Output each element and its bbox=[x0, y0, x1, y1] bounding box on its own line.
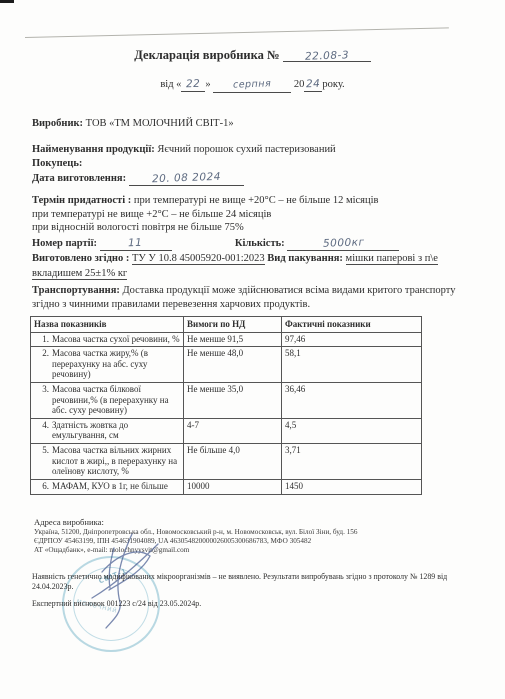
product-label: Найменування продукції: bbox=[32, 144, 155, 155]
table-row: 3.Масова частка білкової речовини,% (в п… bbox=[31, 383, 422, 419]
date-month-handwritten: серпня bbox=[233, 78, 272, 90]
made-date-blank: 20. 08 2024 bbox=[129, 172, 244, 186]
row-name: Масова частка жиру,% (в перерахунку на а… bbox=[52, 348, 180, 380]
row-name: Здатність жовтка до емульгування, см bbox=[52, 420, 180, 441]
address-label: Адреса виробника: bbox=[34, 517, 104, 527]
batch-blank: 11 bbox=[100, 237, 172, 251]
shelf-life-line1: Термін придатності : при температурі не … bbox=[32, 194, 477, 208]
cell-name: 1.Масова частка сухої речовини, % bbox=[31, 332, 184, 347]
quantity-blank: 5000кг bbox=[287, 237, 399, 251]
date-day-handwritten: 22 bbox=[186, 78, 201, 90]
title-label: Декларація виробника № bbox=[134, 48, 279, 62]
shelf-life-text1: при температурі не вище +20°С – не більш… bbox=[134, 195, 379, 206]
row-number: 5. bbox=[34, 445, 52, 477]
row-name: Масова частка вільних жирних кислот в жи… bbox=[52, 445, 180, 477]
packaging-label: Вид пакування: bbox=[267, 253, 343, 264]
cell-requirement: 10000 bbox=[184, 479, 282, 494]
quantity-handwritten: 5000кг bbox=[322, 236, 364, 251]
shelf-life-block: Термін придатності : при температурі не … bbox=[32, 194, 477, 235]
date-prefix: від « bbox=[160, 79, 181, 90]
shelf-life-label: Термін придатності : bbox=[32, 195, 131, 206]
cell-requirement: Не менше 91,5 bbox=[184, 332, 282, 347]
cell-name: 5.Масова частка вільних жирних кислот в … bbox=[31, 444, 184, 480]
date-close-quote: » bbox=[205, 79, 210, 90]
row-name: Масова частка білкової речовини,% (в пер… bbox=[52, 384, 180, 416]
transport-block: Транспортування: Доставка продукції може… bbox=[32, 284, 477, 311]
packaging-value2: вкладишем 25±1% кг bbox=[32, 268, 127, 280]
date-year-blank: 24 bbox=[304, 78, 322, 92]
made-date-handwritten: 20. 08 2024 bbox=[152, 171, 221, 187]
cell-name: 6.МАФАМ, КУО в 1г, не більше bbox=[31, 479, 184, 494]
buyer-label: Покупець: bbox=[32, 158, 82, 169]
cell-actual: 97,46 bbox=[282, 332, 422, 347]
batch-quantity-line: Номер партії: 11 Кількість: 5000кг bbox=[32, 237, 477, 251]
table-row: 5.Масова частка вільних жирних кислот в … bbox=[31, 444, 422, 480]
date-year-print: 20 bbox=[294, 79, 305, 90]
packaging-value: мішки паперові з п\е bbox=[346, 253, 438, 265]
table-row: 4.Здатність жовтка до емульгування, см 4… bbox=[31, 418, 422, 443]
row-number: 4. bbox=[34, 420, 52, 441]
product-value: Яєчний порошок сухий пастеризований bbox=[157, 144, 335, 155]
made-date-line: Дата виготовлення: 20. 08 2024 bbox=[32, 172, 477, 186]
manufacturer-value: ТОВ «ТМ МОЛОЧНИЙ СВІТ-1» bbox=[86, 118, 234, 129]
transport-label: Транспортування: bbox=[32, 285, 120, 296]
row-number: 3. bbox=[34, 384, 52, 416]
date-suffix: року. bbox=[322, 79, 344, 90]
row-number: 1. bbox=[34, 334, 52, 345]
product-line: Найменування продукції: Яєчний порошок с… bbox=[32, 143, 477, 157]
buyer-line: Покупець: bbox=[32, 157, 477, 171]
document-date-line: від «22» серпня 2024року. bbox=[0, 78, 505, 93]
cell-requirement: Не менше 48,0 bbox=[184, 347, 282, 383]
cell-actual: 36,46 bbox=[282, 383, 422, 419]
cell-actual: 58,1 bbox=[282, 347, 422, 383]
cell-requirement: Не менше 35,0 bbox=[184, 383, 282, 419]
quantity-label: Кількість: bbox=[235, 238, 285, 249]
date-month-blank: серпня bbox=[213, 79, 291, 93]
scanned-declaration-document: Декларація виробника № 22.08-3 від «22» … bbox=[0, 0, 505, 699]
table-row: 6.МАФАМ, КУО в 1г, не більше 10000 1450 bbox=[31, 479, 422, 494]
declaration-number-handwritten: 22.08-3 bbox=[304, 49, 348, 63]
cell-requirement: 4-7 bbox=[184, 418, 282, 443]
specifications-table: Назва показників Вимоги по НД Фактичні п… bbox=[30, 316, 422, 495]
date-day-blank: 22 bbox=[181, 78, 205, 92]
made-according-label: Виготовлено згідно : bbox=[32, 253, 129, 264]
scan-artifact-mark bbox=[0, 0, 14, 3]
batch-handwritten: 11 bbox=[128, 237, 143, 251]
gmo-statement: Наявність генетично модифікованих мікроо… bbox=[32, 572, 480, 592]
cell-name: 4.Здатність жовтка до емульгування, см bbox=[31, 418, 184, 443]
manufacturer-label: Виробник: bbox=[32, 118, 83, 129]
table-header-row: Назва показників Вимоги по НД Фактичні п… bbox=[31, 317, 422, 333]
table-row: 1.Масова частка сухої речовини, % Не мен… bbox=[31, 332, 422, 347]
shelf-life-line2: при температурі не вище +2°С – не більше… bbox=[32, 208, 477, 222]
expert-conclusion: Експертний висновок 001223 с/24 від 23.0… bbox=[32, 599, 480, 608]
cell-actual: 4,5 bbox=[282, 418, 422, 443]
row-number: 2. bbox=[34, 348, 52, 380]
document-title: Декларація виробника № 22.08-3 bbox=[0, 48, 505, 63]
table-header-actual: Фактичні показники bbox=[282, 317, 422, 333]
made-according-value: ТУ У 10.8 45005920-001:2023 bbox=[132, 253, 265, 265]
shelf-life-line3: при відносній вологості повітря не більш… bbox=[32, 221, 477, 235]
made-date-label: Дата виготовлення: bbox=[32, 173, 126, 184]
cell-name: 3.Масова частка білкової речовини,% (в п… bbox=[31, 383, 184, 419]
scan-edge-line bbox=[25, 27, 449, 38]
row-name: МАФАМ, КУО в 1г, не більше bbox=[52, 481, 180, 492]
manufacturer-line: Виробник: ТОВ «ТМ МОЛОЧНИЙ СВІТ-1» bbox=[32, 117, 477, 131]
row-number: 6. bbox=[34, 481, 52, 492]
made-according-block: Виготовлено згідно : ТУ У 10.8 45005920-… bbox=[32, 252, 477, 281]
cell-actual: 1450 bbox=[282, 479, 422, 494]
table-row: 2.Масова частка жиру,% (в перерахунку на… bbox=[31, 347, 422, 383]
cell-name: 2.Масова частка жиру,% (в перерахунку на… bbox=[31, 347, 184, 383]
row-name: Масова частка сухої речовини, % bbox=[52, 334, 180, 345]
declaration-number-blank: 22.08-3 bbox=[283, 48, 371, 62]
table-header-name: Назва показників bbox=[31, 317, 184, 333]
batch-label: Номер партії: bbox=[32, 238, 97, 249]
cell-requirement: Не більше 4,0 bbox=[184, 444, 282, 480]
date-year-handwritten: 24 bbox=[306, 78, 321, 90]
table-header-requirements: Вимоги по НД bbox=[184, 317, 282, 333]
cell-actual: 3,71 bbox=[282, 444, 422, 480]
